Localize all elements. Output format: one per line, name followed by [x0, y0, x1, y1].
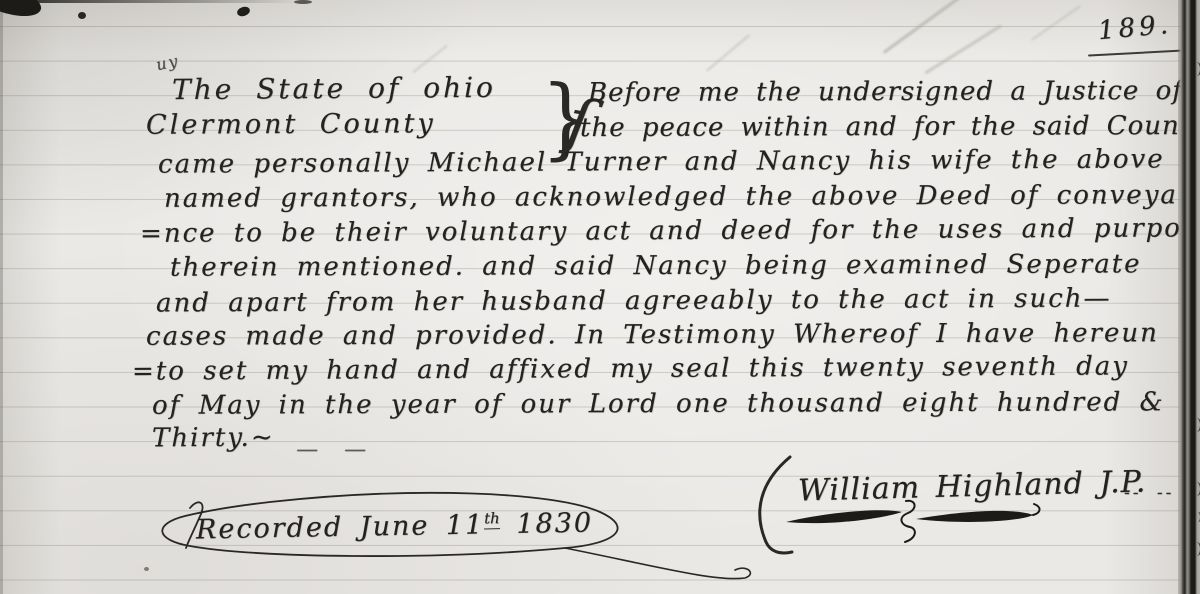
handwritten-line-2: the peace within and for the said County: [580, 112, 1200, 143]
binding-bleed-mark: [1192, 512, 1200, 522]
recorded-text: Recorded June 11: [196, 509, 485, 545]
handwritten-line-7: and apart from her husband agreeably to …: [156, 284, 1112, 318]
signature-trailing-dashes: -- --: [1124, 484, 1174, 503]
binding-bleed-mark: [1192, 62, 1200, 76]
handwritten-line-11: Thirty.~: [152, 424, 275, 453]
recorded-ordinal: th: [484, 509, 500, 529]
ink-speck: [78, 12, 86, 19]
handwritten-line-6: therein mentioned. and said Nancy being …: [170, 250, 1142, 282]
page-number: 189.: [1097, 11, 1173, 46]
handwritten-line-5: =nce to be their voluntary act and deed …: [140, 214, 1200, 248]
venue-state-line: The State of ohio: [172, 73, 496, 106]
scan-edge-shadow: [0, 0, 3, 594]
scan-edge-smudge: [0, 0, 300, 3]
handwritten-line-9: =to set my hand and affixed my seal this…: [132, 352, 1129, 386]
handwritten-line-10: of May in the year of our Lord one thous…: [152, 388, 1165, 420]
handwritten-line-1: Before me the undersigned a Justice of: [588, 77, 1183, 108]
filler-dashes: — —: [296, 438, 372, 462]
signature-underline-flourish: [782, 498, 1044, 546]
binding-bleed-mark: [1192, 482, 1200, 496]
ledger-page-scan: 189. uy The State of ohio Clermont Count…: [0, 0, 1200, 594]
handwritten-line-4: named grantors, who acknowledged the abo…: [164, 181, 1178, 213]
recorded-year: 1830: [516, 508, 593, 540]
venue-county-line: Clermont County: [146, 109, 436, 140]
binding-bleed-mark: [1192, 418, 1200, 432]
ink-speck: [294, 0, 312, 4]
handwritten-line-8: cases made and provided. In Testimony Wh…: [146, 319, 1159, 351]
handwritten-line-3: came personally Michael Turner and Nancy…: [158, 145, 1165, 179]
book-binding-edge: [1178, 0, 1200, 594]
binding-bleed-mark: [1192, 542, 1200, 556]
